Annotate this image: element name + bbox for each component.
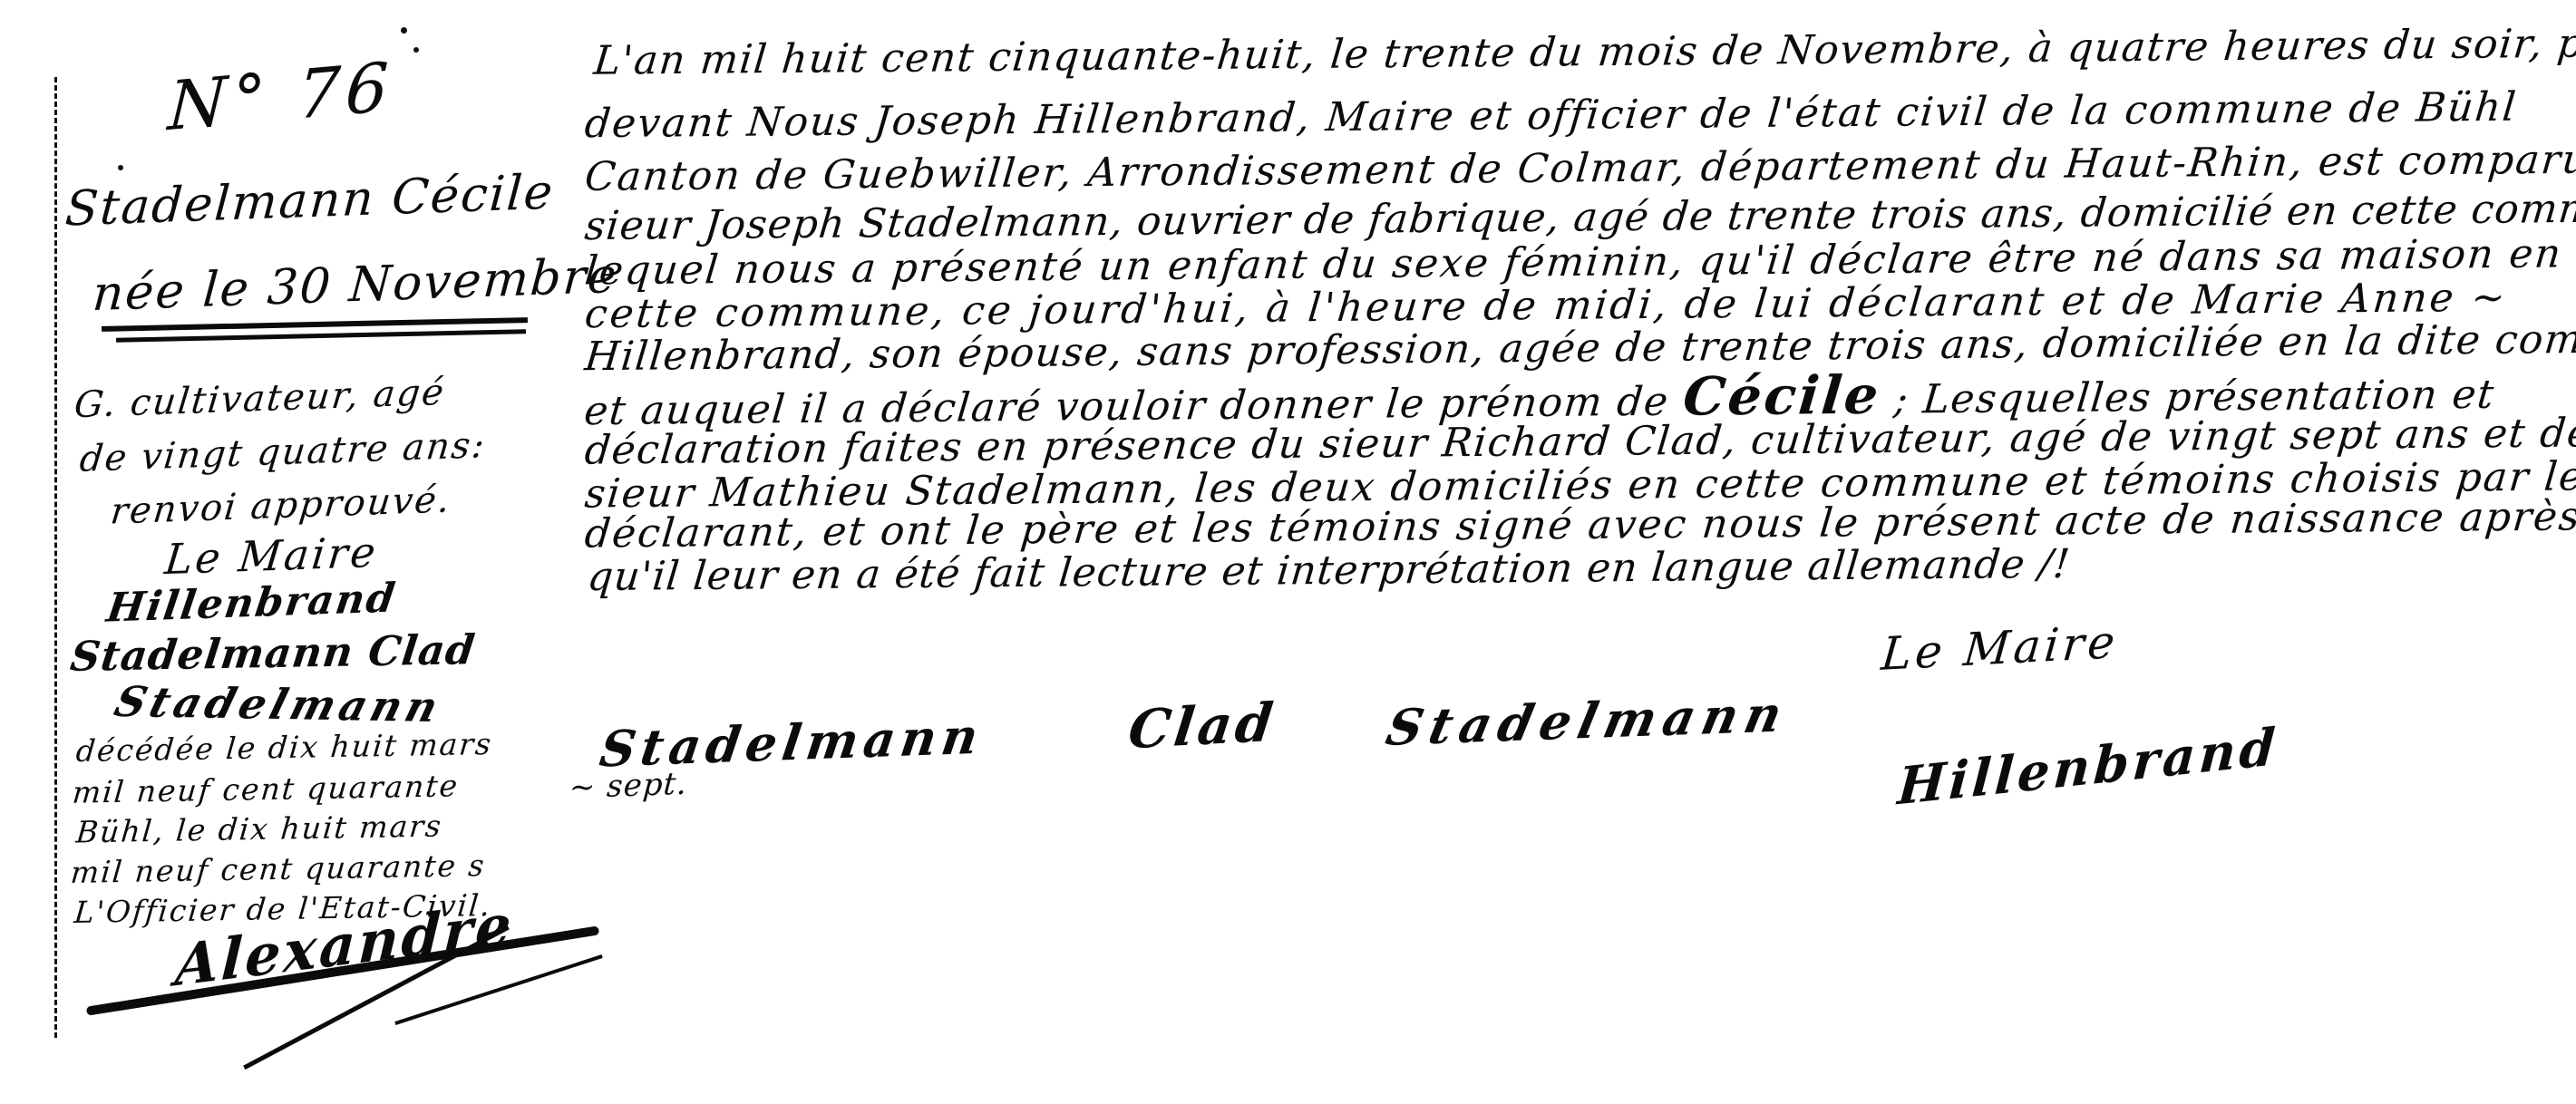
signature-witness-stadelmann: Stadelmann — [1382, 689, 1793, 752]
body-line-2: devant Nous Joseph Hillenbrand, Maire et… — [583, 88, 2519, 145]
birth-record-scan-page: N° 76 Stadelmann Cécile née le 30 Novemb… — [0, 0, 2576, 1104]
ink-speck — [118, 165, 123, 170]
ink-speck — [401, 27, 407, 34]
margin-note-line: de vingt quatre ans: — [78, 427, 488, 478]
scan-edge-line — [54, 77, 57, 1038]
margin-death-note-line: mil neuf cent quarante s — [70, 850, 487, 887]
margin-note-line: G. cultivateur, agé — [73, 374, 447, 423]
signature-mayor-hillenbrand: Hillenbrand — [1896, 721, 2280, 813]
ink-speck — [413, 47, 419, 53]
margin-double-underline-top — [102, 317, 528, 332]
body-line-1: L'an mil huit cent cinquante-huit, le tr… — [592, 24, 2576, 82]
signature-father-stadelmann: Stadelmann — [597, 711, 987, 773]
margin-double-underline-bottom — [116, 329, 526, 342]
margin-act-number: N° 76 — [167, 53, 395, 140]
margin-death-note-line: décédée le dix huit mars — [75, 729, 494, 766]
margin-death-note-line: Bühl, le dix huit mars — [75, 810, 444, 847]
margin-signature-stadelmann-clad: Stadelmann Clad — [68, 629, 478, 677]
body-line-12: qu'il leur en a été fait lecture et inte… — [586, 545, 2072, 597]
margin-note-le-maire: Le Maire — [163, 531, 381, 580]
margin-birth-date: née le 30 Novembre — [91, 252, 619, 318]
margin-child-name: Stadelmann Cécile — [63, 169, 556, 234]
signature-witness-clad: Clad — [1126, 696, 1279, 757]
closing-title-le-maire: Le Maire — [1880, 619, 2120, 677]
margin-signature-stadelmann: Stadelmann — [111, 681, 447, 728]
margin-note-line: renvoi approuvé. — [109, 481, 453, 529]
margin-signature-hillenbrand: Hillenbrand — [104, 578, 399, 628]
margin-death-note-line: mil neuf cent quarante — [72, 770, 461, 807]
